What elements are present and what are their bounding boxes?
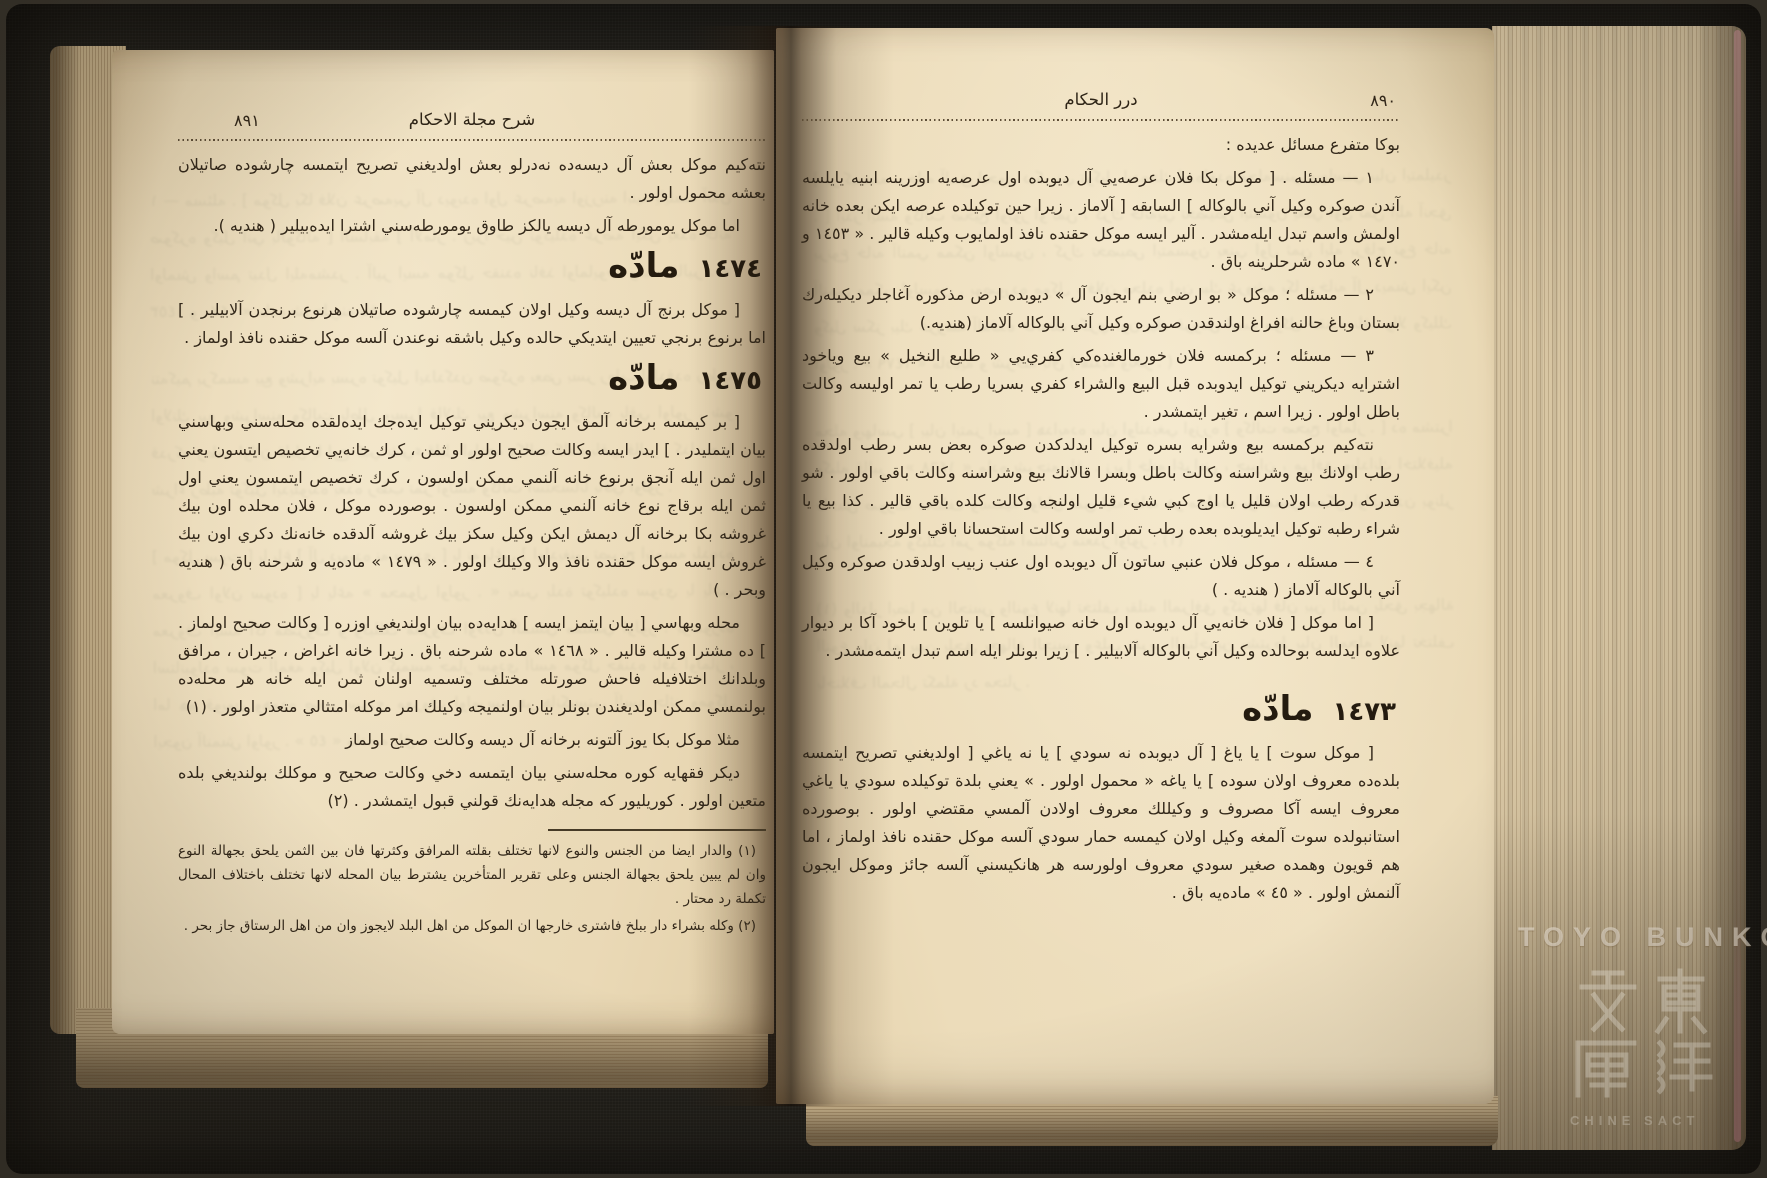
left-running-title: شرح مجلة الاحكام [178, 106, 766, 134]
madde-1475-heading: ١٤٧٥ مادّه [178, 364, 762, 398]
paragraph: مثلا موكل بكا يوز آلتونه برخانه آل ديسه … [178, 726, 766, 754]
paragraph: ٣ — مسئله ؛ بركمسه فلان خورمالغنده‌كي كف… [802, 342, 1400, 426]
toyo-bunko-stamp: TOYO BUNKO 東洋文庫 CHINE SACT [1518, 922, 1767, 1128]
footnote: (٢) وكله بشراء دار ببلخ فاشترى خارجها ان… [178, 914, 766, 938]
paragraph: محله وبهاسي [ بيان ايتمز ايسه ] هدايه‌ده… [178, 609, 766, 721]
paragraph: ديكر فقهايه كوره محله‌سني بيان ايتمسه دخ… [178, 759, 766, 815]
right-running-title: درر الحكام [802, 86, 1400, 114]
madde-1473-heading: ١٤٧٣ مادّه [802, 695, 1396, 729]
paragraph: نته‌كيم موكل بعش آل ديسه‌ده نه‌درلو بعش … [178, 151, 766, 207]
right-running-head: درر الحكام ٨٩٠ [802, 86, 1400, 116]
header-rule [802, 119, 1400, 121]
madde-word: مادّه [608, 358, 679, 398]
madde-1474-heading: ١٤٧٤ مادّه [178, 252, 762, 286]
left-running-head: ٨٩١ شرح مجلة الاحكام [178, 106, 766, 136]
paragraph: [ بر كيمسه برخانه آلمق ايجون ديكريني توك… [178, 408, 766, 604]
left-page-number: ٨٩١ [234, 107, 260, 135]
header-rule [178, 139, 766, 141]
paragraph: [ اما موكل [ فلان خانه‌يي آل ديوبده اول … [802, 609, 1400, 665]
paragraph: اما موكل يومورطه آل ديسه يالكز طاوق يومو… [178, 212, 766, 240]
stamp-caption-text: CHINE SACT [1570, 1113, 1767, 1128]
left-page-text-column: ٨٩١ شرح مجلة الاحكام نته‌كيم موكل بعش آل… [178, 106, 766, 941]
paragraph: [ موكل سوت ] يا ياغ [ آل ديوبده نه سودي … [802, 739, 1400, 907]
footnote: (١) والدار ايضا من الجنس والنوع لانها تخ… [178, 839, 766, 911]
paragraph: ١ — مسئله . [ موكل بكا فلان عرصه‌يي آل د… [802, 164, 1400, 276]
paragraph: [ موكل برنج آل ديسه وكيل اولان كيمسه چار… [178, 296, 766, 352]
footnote-rule [548, 829, 766, 831]
madde-number: ١٤٧٤ [699, 254, 762, 284]
paragraph: بوكا متفرع مسائل عديده : [802, 131, 1400, 159]
stamp-latin-text: TOYO BUNKO [1518, 922, 1767, 953]
right-page-text-column: درر الحكام ٨٩٠ بوكا متفرع مسائل عديده : … [802, 86, 1400, 912]
madde-word: مادّه [608, 246, 679, 286]
right-page-number: ٨٩٠ [1370, 87, 1396, 115]
madde-number: ١٤٧٥ [699, 366, 762, 396]
toyo-bunko-seal-icon [1564, 965, 1714, 1105]
madde-number: ١٤٧٣ [1333, 697, 1396, 727]
madde-word: مادّه [1242, 689, 1313, 729]
book-photo: ١ — مسئله . [ موكل بكا فلان عرصه‌يي آل د… [0, 0, 1767, 1178]
paragraph: ٤ — مسئله ، موكل فلان عنبي ساتون آل ديوب… [802, 548, 1400, 604]
paragraph: نته‌كيم بركمسه بيع وشرايه بسره توكيل ايد… [802, 431, 1400, 543]
paragraph: ٢ — مسئله ؛ موكل « بو ارضي بنم ايجون آل … [802, 281, 1400, 337]
